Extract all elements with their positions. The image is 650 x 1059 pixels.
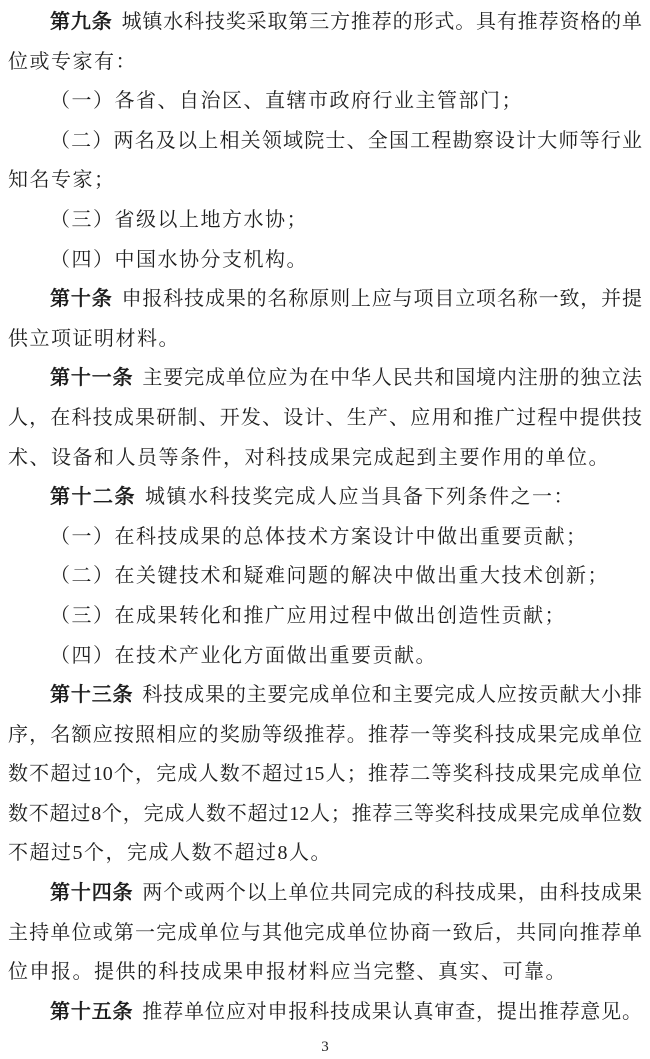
- text-line: 数不超过8个，完成人数不超过12人；推荐三等奖科技成果完成单位数: [8, 795, 642, 835]
- document-body: 第九条城镇水科技奖采取第三方推荐的形式。具有推荐资格的单 位或专家有： （一）各…: [8, 3, 642, 1032]
- document-page: 第九条城镇水科技奖采取第三方推荐的形式。具有推荐资格的单 位或专家有： （一）各…: [0, 0, 650, 1059]
- article-heading: 第十条: [50, 288, 113, 310]
- text-line: （二）两名及以上相关领域院士、全国工程勘察设计大师等行业: [8, 122, 642, 162]
- line-text: 供立项证明材料。: [8, 328, 180, 350]
- line-text: 数不超过10个，完成人数不超过15人；推荐二等奖科技成果完成单位: [8, 763, 642, 785]
- line-text: 序，名额应按照相应的奖励等级推荐。推荐一等奖科技成果完成单位: [8, 724, 642, 746]
- text-line: 第十五条推荐单位应对申报科技成果认真审查，提出推荐意见。: [8, 993, 642, 1033]
- article-heading: 第十四条: [50, 882, 133, 904]
- line-text: （二）在关键技术和疑难问题的解决中做出重大技术创新；: [50, 565, 609, 587]
- text-line: 第十二条城镇水科技奖完成人应当具备下列条件之一：: [8, 478, 642, 518]
- text-line: 数不超过10个，完成人数不超过15人；推荐二等奖科技成果完成单位: [8, 755, 642, 795]
- article-heading: 第十三条: [50, 684, 133, 706]
- line-text: 申报科技成果的名称原则上应与项目立项名称一致，并提: [122, 288, 642, 310]
- text-line: 术、设备和人员等条件，对科技成果完成起到主要作用的单位。: [8, 439, 642, 479]
- text-line: 第九条城镇水科技奖采取第三方推荐的形式。具有推荐资格的单: [8, 3, 642, 43]
- line-text: 数不超过8个，完成人数不超过12人；推荐三等奖科技成果完成单位数: [8, 803, 642, 825]
- text-line: 第十条申报科技成果的名称原则上应与项目立项名称一致，并提: [8, 280, 642, 320]
- text-line: （三）在成果转化和推广应用过程中做出创造性贡献；: [8, 597, 642, 637]
- line-text: 位申报。提供的科技成果申报材料应当完整、真实、可靠。: [8, 961, 567, 983]
- line-text: 位或专家有：: [8, 51, 137, 73]
- text-line: （四）在技术产业化方面做出重要贡献。: [8, 637, 642, 677]
- page-number: 3: [0, 1039, 650, 1055]
- line-text: （三）在成果转化和推广应用过程中做出创造性贡献；: [50, 605, 566, 627]
- line-text: （四）在技术产业化方面做出重要贡献。: [50, 645, 437, 667]
- line-text: （二）两名及以上相关领域院士、全国工程勘察设计大师等行业: [50, 130, 642, 152]
- line-text: 城镇水科技奖完成人应当具备下列条件之一：: [145, 486, 575, 508]
- text-line: 序，名额应按照相应的奖励等级推荐。推荐一等奖科技成果完成单位: [8, 716, 642, 756]
- line-text: 术、设备和人员等条件，对科技成果完成起到主要作用的单位。: [8, 447, 610, 469]
- text-line: （一）在科技成果的总体技术方案设计中做出重要贡献；: [8, 518, 642, 558]
- text-line: 知名专家；: [8, 161, 642, 201]
- text-line: （三）省级以上地方水协；: [8, 201, 642, 241]
- text-line: 主持单位或第一完成单位与其他完成单位协商一致后，共同向推荐单: [8, 914, 642, 954]
- text-line: 不超过5个，完成人数不超过8人。: [8, 834, 642, 874]
- line-text: 主要完成单位应为在中华人民共和国境内注册的独立法: [142, 367, 642, 389]
- line-text: （四）中国水协分支机构。: [50, 249, 308, 271]
- line-text: 知名专家；: [8, 169, 116, 191]
- text-line: 位或专家有：: [8, 43, 642, 83]
- text-line: 人，在科技成果研制、开发、设计、生产、应用和推广过程中提供技: [8, 399, 642, 439]
- article-heading: 第十一条: [50, 367, 133, 389]
- line-text: （一）在科技成果的总体技术方案设计中做出重要贡献；: [50, 526, 588, 548]
- line-text: 不超过5个，完成人数不超过8人。: [8, 842, 332, 864]
- line-text: （三）省级以上地方水协；: [50, 209, 308, 231]
- text-line: 位申报。提供的科技成果申报材料应当完整、真实、可靠。: [8, 953, 642, 993]
- line-text: 城镇水科技奖采取第三方推荐的形式。具有推荐资格的单: [122, 11, 642, 33]
- text-line: 第十一条主要完成单位应为在中华人民共和国境内注册的独立法: [8, 359, 642, 399]
- text-line: 供立项证明材料。: [8, 320, 642, 360]
- article-heading: 第十二条: [50, 486, 136, 508]
- line-text: 推荐单位应对申报科技成果认真审查，提出推荐意见。: [142, 1001, 642, 1023]
- line-text: 主持单位或第一完成单位与其他完成单位协商一致后，共同向推荐单: [8, 922, 642, 944]
- text-line: （四）中国水协分支机构。: [8, 241, 642, 281]
- line-text: 人，在科技成果研制、开发、设计、生产、应用和推广过程中提供技: [8, 407, 642, 429]
- article-heading: 第十五条: [50, 1001, 133, 1023]
- line-text: 科技成果的主要完成单位和主要完成人应按贡献大小排: [142, 684, 642, 706]
- text-line: 第十四条两个或两个以上单位共同完成的科技成果，由科技成果: [8, 874, 642, 914]
- text-line: （一）各省、自治区、直辖市政府行业主管部门；: [8, 82, 642, 122]
- article-heading: 第九条: [50, 11, 113, 33]
- line-text: （一）各省、自治区、直辖市政府行业主管部门；: [50, 90, 523, 112]
- text-line: 第十三条科技成果的主要完成单位和主要完成人应按贡献大小排: [8, 676, 642, 716]
- text-line: （二）在关键技术和疑难问题的解决中做出重大技术创新；: [8, 557, 642, 597]
- line-text: 两个或两个以上单位共同完成的科技成果，由科技成果: [142, 882, 642, 904]
